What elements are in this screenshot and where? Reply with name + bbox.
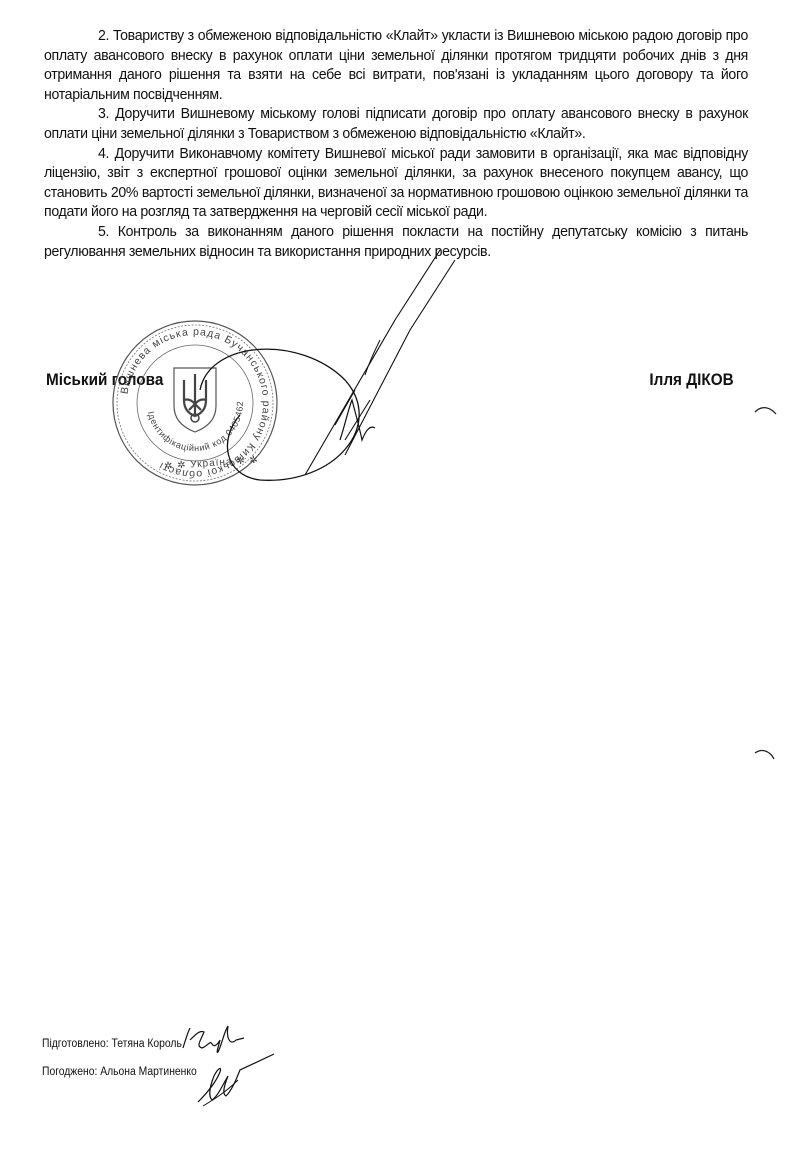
signatory-name: Ілля ДІКОВ <box>650 370 734 390</box>
paragraph-4: 4. Доручити Виконавчому комітету Вишнево… <box>44 144 748 222</box>
agreed-by: Погоджено: Альона Мартиненко <box>42 1065 197 1079</box>
paragraph-3: 3. Доручити Вишневому міському голові пі… <box>44 104 748 143</box>
agreed-signature <box>188 1052 278 1112</box>
prepared-by: Підготовлено: Тетяна Король <box>42 1037 182 1051</box>
mayor-signature <box>170 240 460 490</box>
paragraph-2: 2. Товариству з обмеженою відповідальніс… <box>44 26 748 104</box>
decision-body: 2. Товариству з обмеженою відповідальніс… <box>44 26 748 261</box>
scan-mark <box>752 402 782 424</box>
scan-mark <box>752 745 782 767</box>
document-page: 2. Товариству з обмеженою відповідальніс… <box>0 0 800 1174</box>
